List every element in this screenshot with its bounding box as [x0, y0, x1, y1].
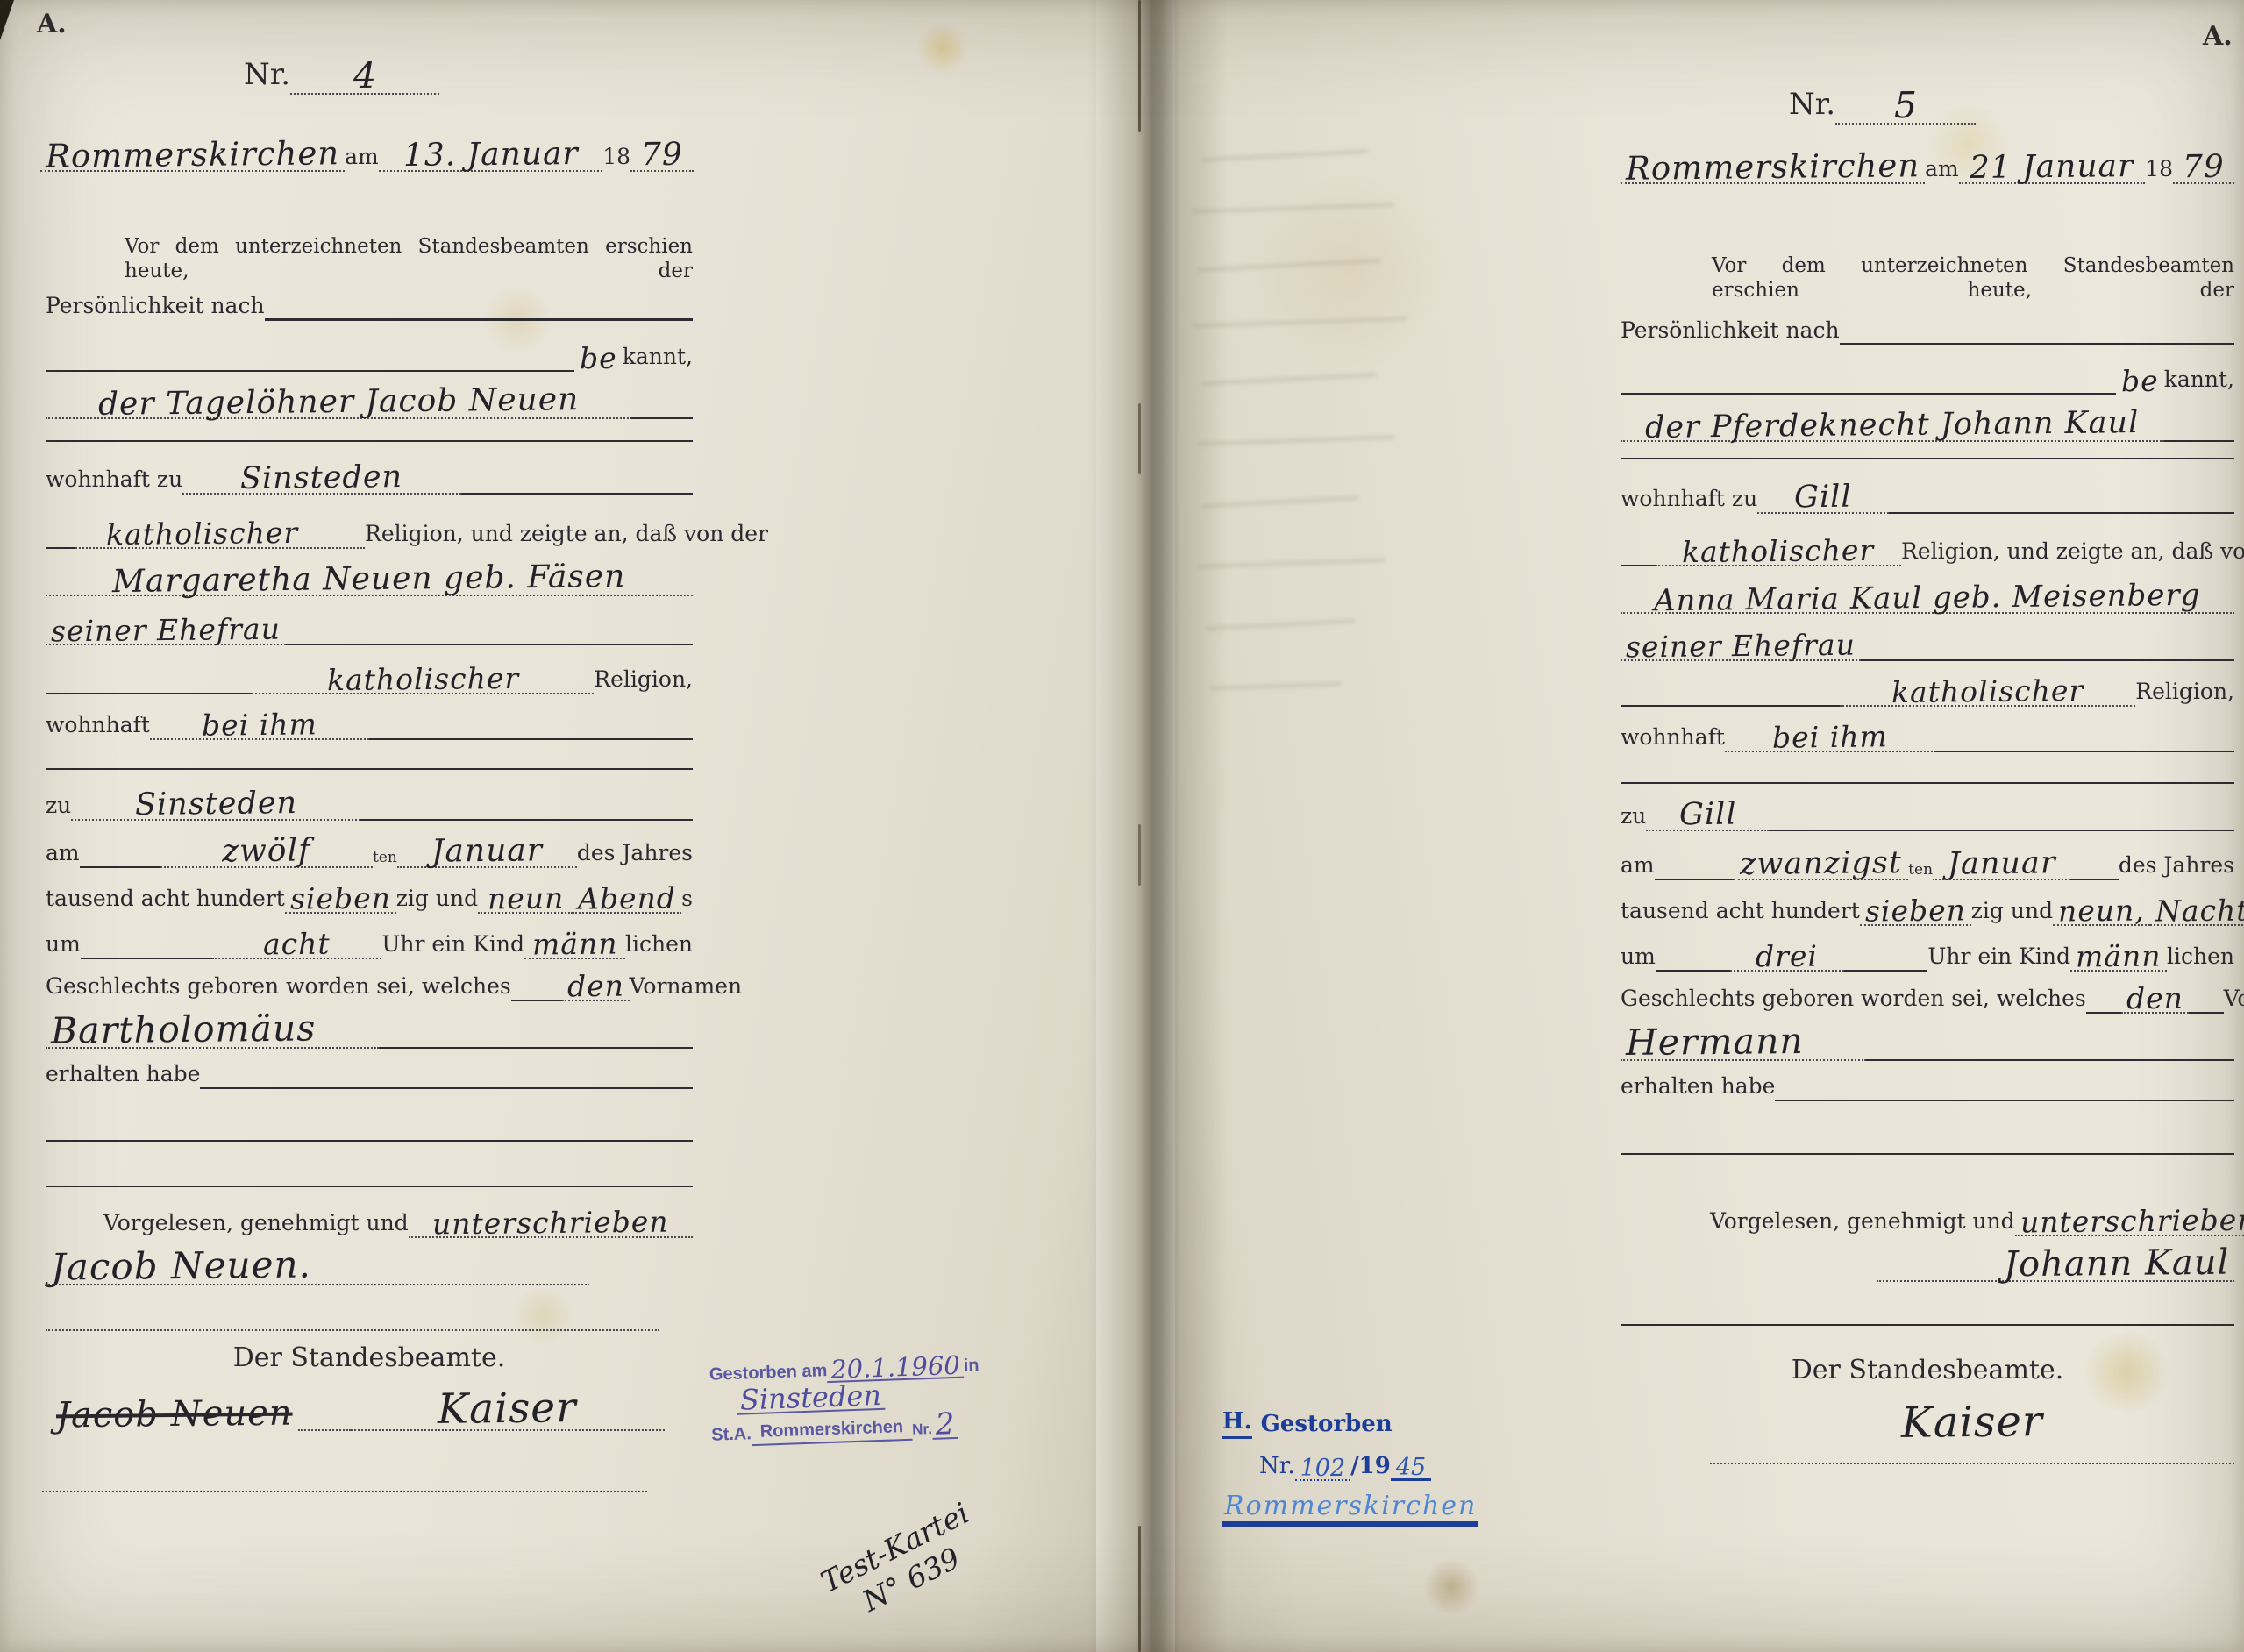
section-letter: A. [2203, 21, 2233, 52]
vorgelesen-label: Vorgelesen, genehmigt und [1710, 1210, 2015, 1236]
persoenlichkeit-row: Persönlichkeit nach [46, 281, 693, 321]
record-number: 5 [1888, 89, 1922, 123]
rule-line [286, 642, 693, 645]
birthyear-row: tausend acht hundert sieben zig und neun… [46, 872, 693, 914]
rule-line [2070, 877, 2119, 880]
rule-line [46, 1329, 659, 1331]
birthday-row: am zwanzigst ten Januar des Jahres [1621, 838, 2234, 880]
religion1-row: katholischer Religion, und zeigte an, da… [46, 507, 693, 549]
stamp-death-place: Sinsteden [736, 1383, 885, 1415]
religion-zeigte-label: Religion, und zeigte an, daß von der [1901, 540, 2244, 566]
record-number-row: Nr. 5 [1789, 79, 2052, 125]
des-jahres-label: des Jahres [577, 842, 693, 868]
residence-row: wohnhaft zu Gill [1621, 474, 2234, 514]
rule-line [1935, 749, 2234, 752]
geschlechts-label: Geschlechts geboren worden sei, welches [1621, 987, 2086, 1014]
daytime-hand: Nacht [2150, 896, 2244, 925]
ten-label: ten [373, 851, 397, 868]
unterschrieben-hand: unterschrieben. [2015, 1206, 2244, 1235]
declarant-row: der Pferdeknecht Johann Kaul [1621, 396, 2234, 442]
record-year: 79 [636, 140, 688, 171]
bekannt-hand: be [574, 344, 623, 372]
rule-line [631, 416, 693, 419]
year-prefix: 18 [2145, 158, 2173, 184]
geschlechts-row: Geschlechts geboren worden sei, welches … [1621, 973, 2234, 1014]
mother-name: Margaretha Neuen geb. Fäsen [107, 562, 631, 597]
lichen-label: lichen [2167, 945, 2234, 972]
stamp-year-printed: /19 [1350, 1453, 1391, 1481]
rule-line [1775, 1098, 2234, 1101]
place-name: Rommerskirchen [1621, 150, 1925, 184]
daytime-hand: Abend [573, 884, 681, 913]
declarant-signature: Jacob Neuen. [46, 1247, 317, 1285]
rule-line [1655, 877, 1734, 880]
child-name: Hermann [1621, 1024, 1809, 1060]
stamp-nr-label: Nr. [1259, 1453, 1295, 1481]
am-label: am [1925, 158, 1959, 184]
article-hand: den [562, 972, 630, 1000]
mother-name: Anna Maria Kaul geb. Meisenberg [1649, 580, 2206, 615]
residence: Sinsteden [235, 463, 408, 494]
child-name-row: Hermann [1621, 1014, 2234, 1061]
birthyear-row: tausend acht hundert sieben zig und neun… [1621, 884, 2234, 926]
rule-line [46, 368, 574, 372]
register-photo: A. Nr. 4 Rommerskirchen am 13. Januar 18… [0, 0, 2244, 1652]
intro-line: Vor dem unterzeichneten Standesbeamten e… [125, 235, 693, 283]
rule-line [42, 1491, 647, 1492]
crossed-out-name: Jacob Neuen [51, 1397, 298, 1433]
rule-line [369, 737, 693, 740]
declarant-signature: Johann Kaul [1998, 1246, 2235, 1282]
record-number: 4 [347, 59, 381, 93]
stamp-in-label: in [963, 1356, 980, 1378]
book-gutter [1087, 0, 1228, 1652]
rule-line [330, 545, 365, 549]
binding-thread [1138, 824, 1141, 886]
mother-row: Anna Maria Kaul geb. Meisenberg [1621, 570, 2234, 614]
uhr-ein-kind-label: Uhr ein Kind [381, 933, 524, 959]
erhalten-label: erhalten habe [1621, 1075, 1775, 1101]
religion-zeigte-label: Religion, und zeigte an, daß von der [365, 523, 768, 549]
vornamen-label: Vornamen [2224, 987, 2244, 1014]
vorgelesen-row: Vorgelesen, genehmigt und unterschrieben [103, 1194, 693, 1238]
rule-line [46, 768, 693, 770]
binding-thread [1138, 403, 1141, 474]
bekannt-hand: be [2116, 367, 2164, 395]
nr-label: Nr. [1789, 89, 1835, 125]
rule-line [1861, 658, 2234, 661]
rule-line [461, 491, 693, 495]
rule-line [46, 691, 252, 694]
religion2-row: katholischer Religion, [1621, 665, 2234, 707]
relation-hand: seiner Ehefrau [46, 615, 286, 644]
rule-line [265, 317, 693, 321]
hour-hand: drei [1750, 942, 1823, 970]
religion2-row: katholischer Religion, [46, 652, 693, 694]
death-stamp-left: Gestorben am 20.1.1960 in Sinsteden St.A… [709, 1352, 1001, 1448]
hour-row: um drei Uhr ein Kind männ lichen [1621, 929, 2234, 972]
ten-label: ten [1908, 863, 1933, 880]
am-label: am [345, 146, 379, 172]
stamp-death-date: 20.1.1960 [827, 1354, 964, 1384]
record-date: 21 Januar [1964, 152, 2140, 183]
tausend-label: tausend acht hundert [46, 887, 285, 914]
persoenlichkeit-row: Persönlichkeit nach [1621, 305, 2234, 345]
record-year: 79 [2177, 153, 2230, 183]
wohnhaft-bei-row: wohnhaft bei ihm [1621, 712, 2234, 752]
rule-line [81, 956, 212, 959]
religion-label: Religion, [594, 668, 693, 694]
place-name: Rommerskirchen [40, 138, 345, 172]
rule-line [80, 865, 160, 868]
wohnhaft-zu-label: wohnhaft zu [1621, 488, 1757, 514]
rule-line [46, 545, 75, 549]
intro-line: Vor dem unterzeichneten Standesbeamten e… [1712, 254, 2234, 303]
rule-line [1621, 782, 2234, 784]
kannt-label: kannt, [623, 345, 693, 372]
registrar-signature-row: Kaiser [1710, 1391, 2234, 1443]
registrar-title-row: Der Standesbeamte. [46, 1340, 693, 1375]
death-stamp-middle: H. Gestorben Nr. 102 /19 45 Rommerskirch… [1222, 1408, 1485, 1527]
rule-line [298, 1428, 351, 1431]
residence: Gill [1789, 482, 1857, 512]
persoenlichkeit-label: Persönlichkeit nach [1621, 319, 1840, 345]
bekannt-row: be kannt, [46, 331, 693, 372]
decade-hand: sieben [285, 884, 396, 913]
am-label: am [46, 842, 80, 868]
binding-thread [1138, 1526, 1141, 1652]
rule-line [1656, 968, 1730, 972]
rule-line [1621, 1153, 2234, 1155]
vorgelesen-label: Vorgelesen, genehmigt und [103, 1212, 409, 1238]
hour-hand: acht [258, 929, 336, 958]
rule-line [360, 817, 693, 821]
place-date-row: Rommerskirchen am 13. Januar 18 79 [40, 117, 694, 172]
lichen-label: lichen [625, 933, 693, 959]
wohnhaft-bei-row: wohnhaft bei ihm [46, 700, 693, 740]
stamp-place: Rommerskirchen [1222, 1493, 1478, 1527]
record-date: 13. Januar [397, 139, 583, 171]
registrar-signature: Kaiser [432, 1389, 582, 1429]
child-name-row: Bartholomäus [46, 1001, 693, 1049]
bei-ihm-hand: bei ihm [1767, 723, 1893, 751]
mother-row: Margaretha Neuen geb. Fäsen [46, 552, 693, 596]
bei-ihm-hand: bei ihm [196, 710, 323, 739]
registrar-title: Der Standesbeamte. [233, 1344, 506, 1376]
child-name: Bartholomäus [46, 1011, 322, 1048]
birthplace-row: zu Sinsteden [46, 779, 693, 821]
geschlechts-label: Geschlechts geboren worden sei, welches [46, 975, 511, 1001]
rule-line [1621, 1324, 2234, 1326]
gender-hand: männ [2070, 942, 2167, 970]
wohnhaft-label: wohnhaft [1621, 726, 1725, 752]
relation-hand: seiner Ehefrau [1621, 630, 1861, 660]
unterschrieben-hand: unterschrieben [427, 1207, 674, 1237]
rule-line [1769, 828, 2234, 831]
vornamen-label: Vornamen [630, 975, 742, 1001]
birth-day: zwanzigst [1735, 849, 1907, 879]
birth-place: Sinsteden [130, 789, 303, 820]
birthday-row: am zwölf ten Januar des Jahres [46, 826, 693, 868]
registrar-signature-row: Jacob Neuen Kaiser [51, 1377, 665, 1431]
rule-line [1844, 968, 1928, 972]
wohnhaft-label: wohnhaft [46, 714, 150, 740]
registrar-title-row: Der Standesbeamte. [1621, 1352, 2234, 1387]
place-date-row: Rommerskirchen am 21 Januar 18 79 [1621, 128, 2234, 184]
erhalten-label: erhalten habe [46, 1063, 200, 1089]
uhr-ein-kind-label: Uhr ein Kind [1927, 945, 2070, 972]
religion1-hand: katholischer [101, 518, 303, 548]
year-prefix: 18 [602, 146, 630, 172]
unit-hand: neun [481, 884, 569, 912]
residence-row: wohnhaft zu Sinsteden [46, 454, 693, 495]
declarant-row: der Tagelöhner Jacob Neuen [46, 374, 693, 419]
religion1-row: katholischer Religion, und zeigte an, da… [1621, 524, 2234, 566]
birth-month: Januar [1941, 849, 2061, 879]
religion2-hand: katholischer [1886, 676, 2089, 706]
erhalten-row: erhalten habe [1621, 1061, 2234, 1101]
rule-line [1889, 510, 2234, 514]
rule-line [200, 1086, 693, 1089]
stamp-nr-value: 2 [931, 1411, 958, 1441]
zu-label: zu [1621, 805, 1646, 831]
stamp-gestorben-label: Gestorben [1252, 1411, 1393, 1439]
religion-label: Religion, [2135, 680, 2234, 707]
rule-line [1710, 1463, 2234, 1464]
hour-row: um acht Uhr ein Kind männ lichen [46, 917, 693, 959]
stamp-nr-value: 102 [1295, 1458, 1351, 1481]
declarant-name: der Pferdeknecht Johann Kaul [1640, 409, 2145, 443]
rule-line [46, 1140, 693, 1142]
rule-line [1621, 563, 1656, 566]
rule-line [1621, 391, 2116, 395]
rule-line [2164, 438, 2234, 442]
section-letter: A. [37, 9, 67, 39]
erhalten-row: erhalten habe [46, 1049, 693, 1089]
article-hand: den [2121, 984, 2189, 1012]
declarant-signature-row: Jacob Neuen. [46, 1238, 589, 1285]
zu-label: zu [46, 794, 71, 821]
vorgelesen-row: Vorgelesen, genehmigt und unterschrieben… [1710, 1193, 2234, 1236]
des-jahres-label: des Jahres [2119, 854, 2234, 880]
rule-line [46, 440, 693, 442]
religion2-hand: katholischer [321, 664, 524, 694]
kannt-label: kannt, [2164, 368, 2234, 395]
birth-day: zwölf [217, 836, 317, 866]
stamp-nr-label: Nr. [912, 1421, 932, 1441]
relation-row: seiner Ehefrau [46, 603, 693, 645]
rule-line [46, 1186, 693, 1187]
wohnhaft-zu-label: wohnhaft zu [46, 468, 182, 495]
relation-row: seiner Ehefrau [1621, 619, 2234, 661]
birth-month: Januar [426, 836, 548, 867]
declarant-name: der Tagelöhner Jacob Neuen [93, 385, 585, 420]
binding-thread [1138, 0, 1141, 132]
birth-place: Gill [1673, 800, 1742, 830]
geschlechts-row: Geschlechts geboren worden sei, welches … [46, 961, 693, 1001]
decade-hand: sieben [1860, 896, 1971, 925]
zig-und-label: zig und [396, 887, 478, 914]
rule-line [1840, 341, 2234, 345]
rule-line [1621, 458, 2234, 459]
s-suffix: s [681, 887, 693, 914]
birthplace-row: zu Gill [1621, 791, 2234, 831]
nr-label: Nr. [244, 60, 290, 95]
stamp-year-value: 45 [1391, 1457, 1431, 1481]
declarant-signature-row: Johann Kaul [1877, 1235, 2234, 1282]
bekannt-row: be kannt, [1621, 356, 2234, 395]
zig-und-label: zig und [1971, 900, 2053, 926]
religion1-hand: katholischer [1677, 536, 1879, 566]
um-label: um [1621, 945, 1656, 972]
um-label: um [46, 933, 81, 959]
registrar-title: Der Standesbeamte. [1792, 1356, 2064, 1388]
rule-line [1621, 703, 1840, 707]
registrar-signature: Kaiser [1896, 1402, 2048, 1443]
tausend-label: tausend acht hundert [1621, 900, 1860, 926]
stamp-sta-label: St.A. [711, 1425, 752, 1449]
stamp-h-label: H. [1222, 1408, 1252, 1439]
record-number-row: Nr. 4 [244, 49, 507, 95]
unit-hand: neun, [2053, 896, 2150, 925]
persoenlichkeit-label: Persönlichkeit nach [46, 295, 265, 321]
gender-hand: männ [527, 929, 623, 958]
am-label: am [1621, 854, 1655, 880]
